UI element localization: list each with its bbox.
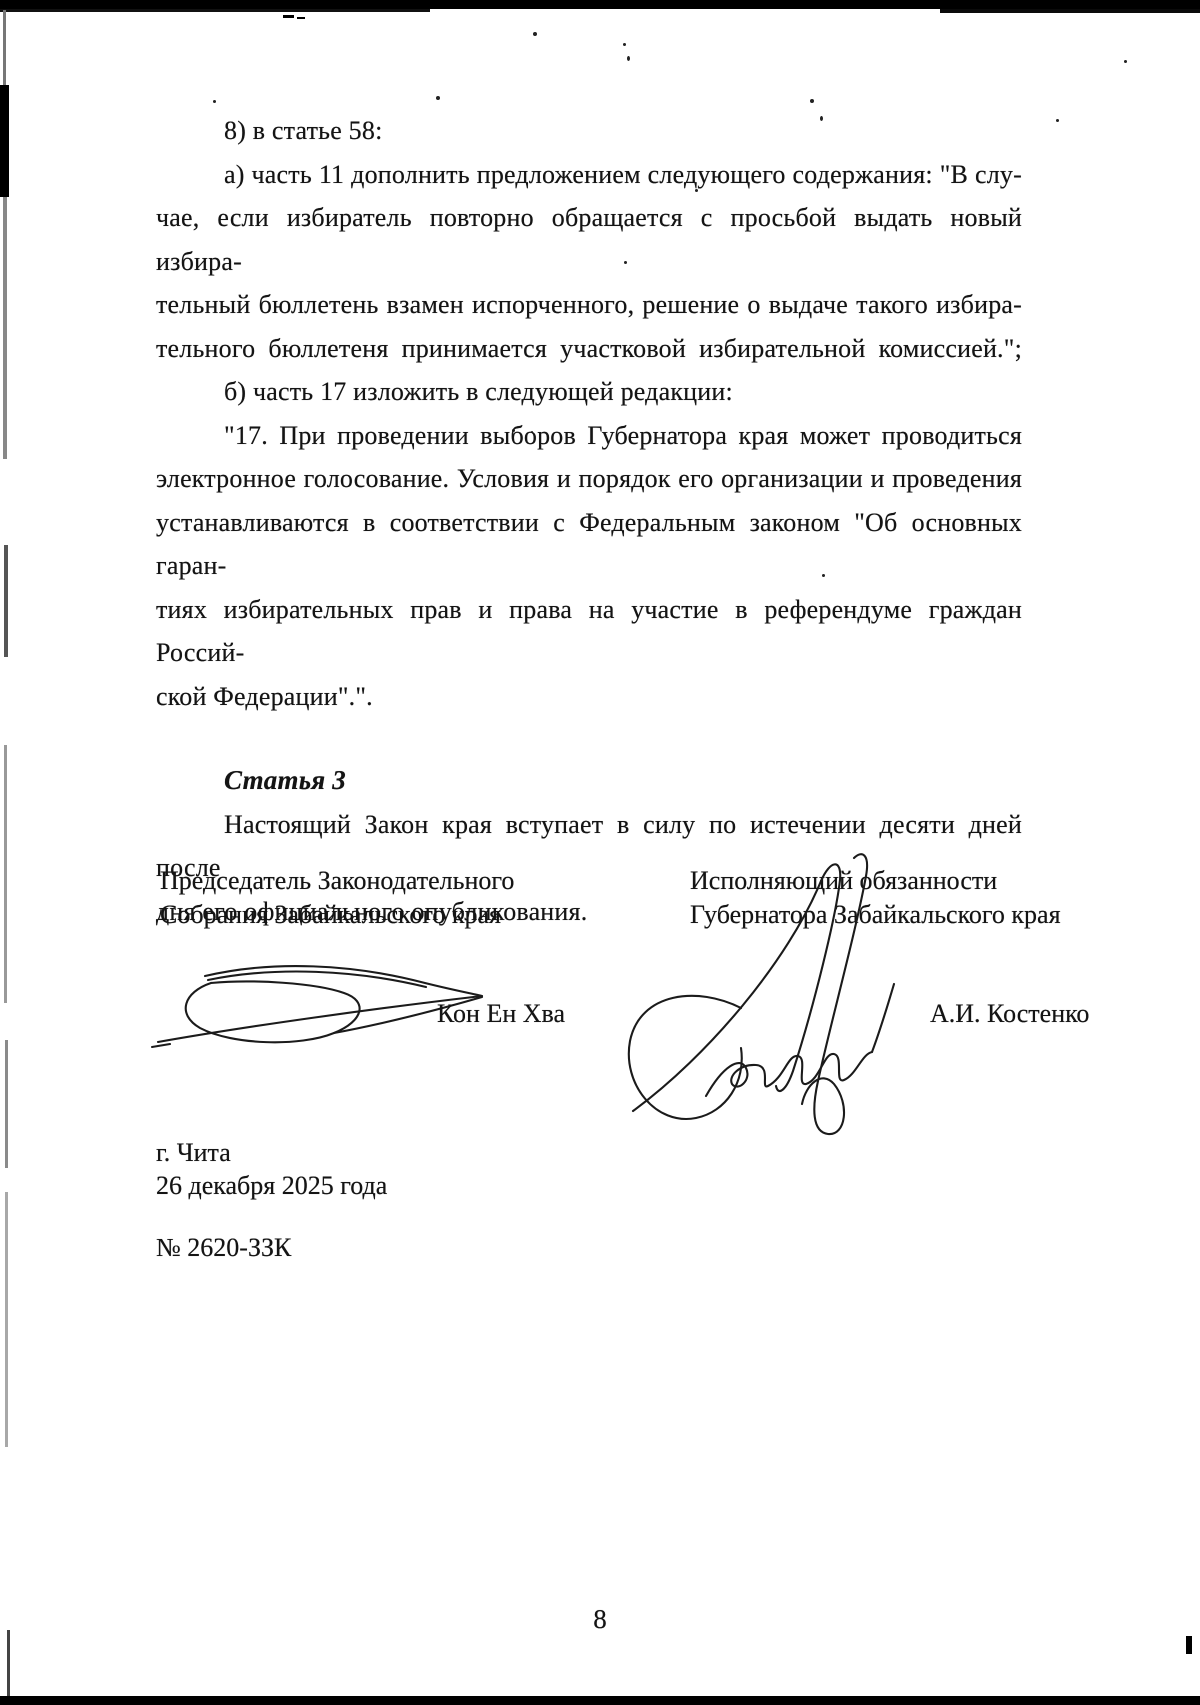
scan-speck — [627, 56, 630, 61]
scan-speck — [1124, 60, 1127, 63]
document-body: 8) в статье 58:а) часть 11 дополнить пре… — [156, 109, 1022, 933]
scan-edge-left — [7, 1630, 10, 1698]
text-line: устанавливаются в соответствии с Федерал… — [156, 501, 1022, 588]
text-line: "17. При проведении выборов Губернатора … — [156, 414, 1022, 458]
scan-speck — [533, 32, 537, 36]
scan-edge-left — [4, 745, 7, 1003]
paragraph: 8) в статье 58: — [156, 109, 1022, 153]
article-heading: Статья 3 — [156, 759, 1022, 803]
text-line: тельного бюллетеня принимается участково… — [156, 327, 1022, 371]
scan-speck — [810, 99, 814, 103]
scan-edge-left — [3, 197, 7, 459]
text-line: ской Федерации".". — [156, 675, 1022, 719]
text-line: тельный бюллетень взамен испорченного, р… — [156, 283, 1022, 327]
scan-dash-mark — [297, 17, 305, 19]
scan-edge-left — [3, 10, 6, 86]
signatory-title-left: Председатель ЗаконодательногоСобрания За… — [160, 864, 514, 932]
scan-edge-left — [5, 1040, 8, 1168]
signatory-name-right: А.И. Костенко — [930, 997, 1089, 1030]
text-line: чае, если избиратель повторно обращается… — [156, 196, 1022, 283]
paragraph: "17. При проведении выборов Губернатора … — [156, 414, 1022, 719]
text-line: тиях избирательных прав и права на участ… — [156, 588, 1022, 675]
paragraph: а) часть 11 дополнить предложением следу… — [156, 153, 1022, 371]
text-line: б) часть 17 изложить в следующей редакци… — [156, 370, 1022, 414]
scan-edge-left-blob — [0, 85, 9, 197]
signatory-name-left: Кон Ен Хва — [437, 997, 565, 1030]
footer-city: г. Чита — [156, 1136, 387, 1169]
scan-dash-mark — [283, 15, 294, 18]
scan-speck — [436, 96, 440, 100]
scan-edge-top-chunk — [0, 9, 430, 12]
text-line: Статья 3 — [156, 759, 1022, 803]
signature-right — [578, 846, 913, 1146]
signatory-title-line: Собрания Забайкальского края — [160, 898, 514, 932]
text-line: электронное голосование. Условия и поряд… — [156, 457, 1022, 501]
document-footer: г. Чита 26 декабря 2025 года № 2620-ЗЗК — [156, 1136, 387, 1264]
scan-edge-right-mark — [1186, 1636, 1192, 1654]
paragraph: б) часть 17 изложить в следующей редакци… — [156, 370, 1022, 414]
scan-edge-left — [5, 1192, 8, 1447]
scan-edge-top-chunk — [940, 9, 1200, 13]
signatory-title-line: Председатель Законодательного — [160, 864, 514, 898]
text-line: 8) в статье 58: — [156, 109, 1022, 153]
page-number: 8 — [0, 1604, 1200, 1635]
text-line: а) часть 11 дополнить предложением следу… — [156, 153, 1022, 197]
scan-edge-left — [4, 545, 8, 657]
document-page: 8) в статье 58:а) часть 11 дополнить пре… — [0, 0, 1200, 1705]
scan-edge-top — [0, 0, 1200, 9]
scan-edge-bottom — [0, 1696, 1200, 1705]
scan-speck — [213, 100, 216, 103]
scan-speck — [623, 43, 626, 46]
document-number: № 2620-ЗЗК — [156, 1231, 387, 1264]
footer-date: 26 декабря 2025 года — [156, 1169, 387, 1202]
scan-speck — [1056, 119, 1059, 122]
